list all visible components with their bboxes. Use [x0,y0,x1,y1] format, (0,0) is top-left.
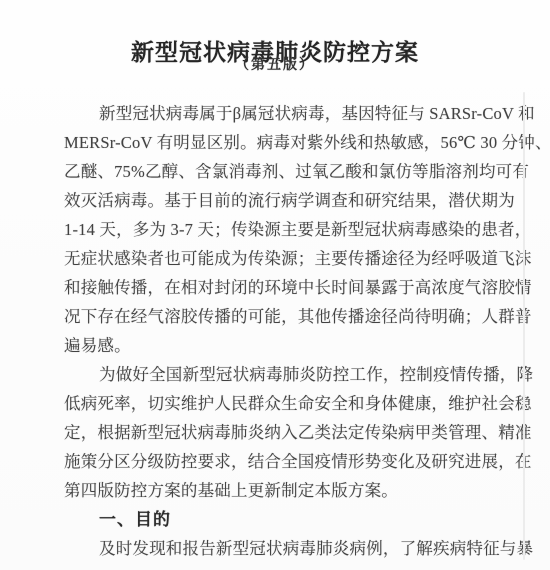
document-body: 新型冠状病毒属于β属冠状病毒，基因特征与 SARSr-CoV 和 MERSr-C… [64,99,516,563]
page-edge-shadow [523,92,525,560]
document-line: 第四版防控方案的基础上更新制定本版方案。 [64,476,516,505]
document-line: 1-14 天，多为 3-7 天；传染源主要是新型冠状病毒感染的患者， [64,215,516,244]
document-line: 定，根据新型冠状病毒肺炎纳入乙类法定传染病甲类管理、精准 [64,418,516,447]
document-line: 新型冠状病毒属于β属冠状病毒，基因特征与 SARSr-CoV 和 [64,99,516,128]
document-line: 及时发现和报告新型冠状病毒肺炎病例，了解疾病特征与暴 [64,534,516,563]
scanned-document-page: 新型冠状病毒肺炎防控方案 （第五版） 新型冠状病毒属于β属冠状病毒，基因特征与 … [0,0,550,570]
document-line: 施策分区分级防控要求，结合全国疫情形势变化及研究进展，在 [64,447,516,476]
document-line: 无症状感染者也可能成为传染源；主要传播途径为经呼吸道飞沫 [64,244,516,273]
document-line: 和接触传播，在相对封闭的环境中长时间暴露于高浓度气溶胶情 [64,273,516,302]
document-subtitle: （第五版） [0,54,550,74]
document-line: 乙醚、75%乙醇、含氯消毒剂、过氧乙酸和氯仿等脂溶剂均可有 [64,157,516,186]
document-line: MERSr-CoV 有明显区别。病毒对紫外线和热敏感，56℃ 30 分钟、 [64,128,516,157]
document-line: 效灭活病毒。基于目前的流行病学调查和研究结果，潜伏期为 [64,186,516,215]
document-line: 遍易感。 [64,331,516,360]
document-line: 一、目的 [64,505,516,534]
document-line: 况下存在经气溶胶传播的可能，其他传播途径尚待明确；人群普 [64,302,516,331]
document-line: 低病死率，切实维护人民群众生命安全和身体健康，维护社会稳 [64,389,516,418]
document-line: 为做好全国新型冠状病毒肺炎防控工作，控制疫情传播，降 [64,360,516,389]
